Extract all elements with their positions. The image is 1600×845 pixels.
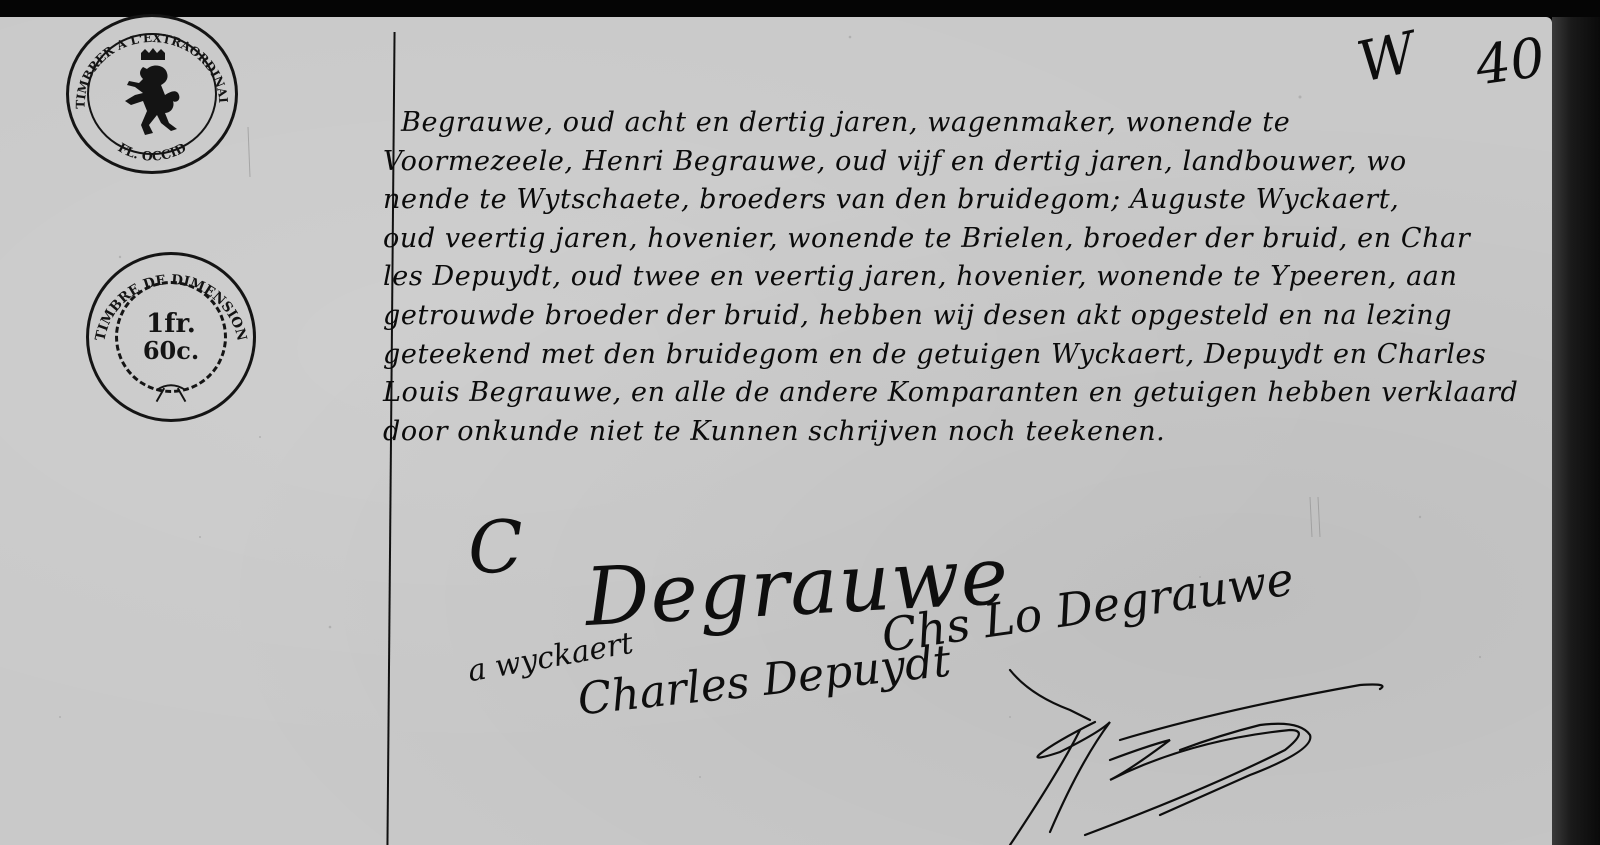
text-line: Voormezeele, Henri Begrauwe, oud vijf en… bbox=[383, 143, 1548, 182]
svg-text:FL. OCCID: FL. OCCID bbox=[115, 140, 188, 164]
stamp-value-francs: 1fr. bbox=[143, 311, 199, 338]
text-line: nende te Wytschaete, broeders van den br… bbox=[383, 181, 1548, 220]
text-line: geteekend met den bruidegom en de getuig… bbox=[383, 336, 1548, 375]
signature-initial: C bbox=[467, 504, 525, 590]
text-line: oud veertig jaren, hovenier, wonende te … bbox=[383, 220, 1548, 259]
stamp-dimension: TIMBRE DE DIMENSION 1fr. 60c. bbox=[86, 252, 256, 422]
text-line: Louis Begrauwe, en alle de andere Kompar… bbox=[383, 374, 1548, 413]
page-binding-edge bbox=[1552, 17, 1600, 845]
record-body-text: Begrauwe, oud acht en dertig jaren, wage… bbox=[383, 104, 1548, 451]
folio-number: 40 bbox=[1472, 26, 1549, 98]
scan-top-border bbox=[0, 0, 1600, 17]
stamp-denomination: 1fr. 60c. bbox=[143, 311, 199, 363]
text-line: les Depuydt, oud twee en veertig jaren, … bbox=[383, 258, 1548, 297]
stamp-extraordinaire: A TIMBRER A L'EXTRAORDINAIRE FL. OCCID bbox=[66, 14, 238, 174]
text-line: getrouwde broeder der bruid, hebben wij … bbox=[383, 297, 1548, 336]
text-line: Begrauwe, oud acht en dertig jaren, wage… bbox=[383, 104, 1548, 143]
official-signature-flourish-icon bbox=[1000, 660, 1520, 845]
crowned-lion-icon bbox=[117, 47, 193, 143]
stamp-value-centimes: 60c. bbox=[143, 338, 199, 363]
text-line: door onkunde niet te Kunnen schrijven no… bbox=[383, 413, 1548, 452]
